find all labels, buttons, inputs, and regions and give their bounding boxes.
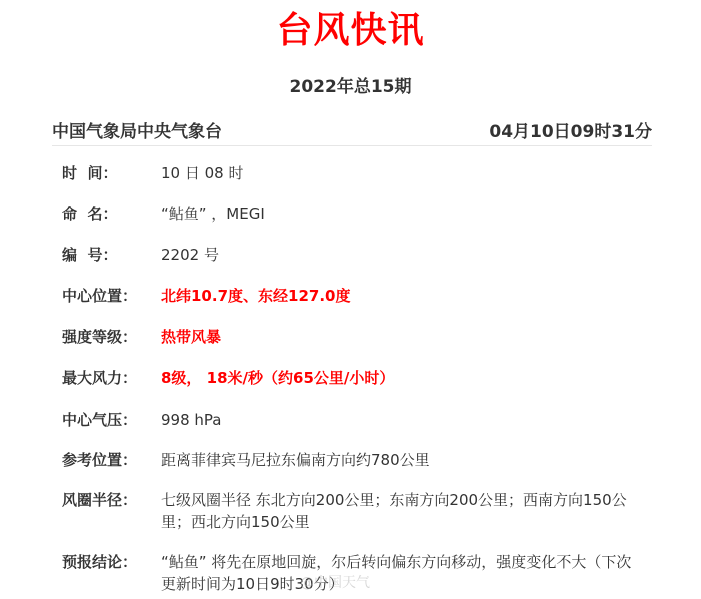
field-value: 七级风圈半径 东北方向200公里；东南方向200公里；西南方向150公里；西北方… bbox=[161, 489, 641, 533]
field-label: 中心气压： bbox=[62, 409, 157, 430]
field-value: 10 日 08 时 bbox=[161, 162, 641, 184]
issued-time: 04月10日09时31分 bbox=[489, 117, 652, 142]
field-value: 距离菲律宾马尼拉东偏南方向约780公里 bbox=[161, 449, 641, 471]
field-label: 中心位置： bbox=[62, 285, 157, 306]
field-value: 北纬10.7度、东经127.0度 bbox=[161, 285, 641, 307]
issue-number: 2022年总15期 bbox=[0, 72, 701, 97]
agency-name: 中国气象局中央气象台 bbox=[52, 117, 222, 142]
field-value: 2202 号 bbox=[161, 244, 641, 266]
page-title: 台风快讯 bbox=[0, 2, 701, 53]
field-value: 热带风暴 bbox=[161, 326, 641, 348]
field-value: “鲇鱼” ，MEGI bbox=[161, 203, 641, 225]
field-label: 预报结论： bbox=[62, 551, 157, 572]
field-label: 命 名： bbox=[62, 203, 157, 224]
field-value: “鲇鱼” 将先在原地回旋，尔后转向偏东方向移动，强度变化不大（下次更新时间为10… bbox=[161, 551, 641, 595]
bulletin-header: 中国气象局中央气象台 04月10日09时31分 bbox=[52, 117, 652, 146]
field-value: 8级， 18米/秒（约65公里/小时） bbox=[161, 367, 641, 389]
field-label: 编 号： bbox=[62, 244, 157, 265]
field-label: 最大风力： bbox=[62, 367, 157, 388]
field-label: 风圈半径： bbox=[62, 489, 157, 510]
field-label: 参考位置： bbox=[62, 449, 157, 470]
field-value: 998 hPa bbox=[161, 409, 641, 431]
field-label: 强度等级： bbox=[62, 326, 157, 347]
field-label: 时 间： bbox=[62, 162, 157, 183]
watermark: @中国天气 bbox=[300, 572, 370, 592]
